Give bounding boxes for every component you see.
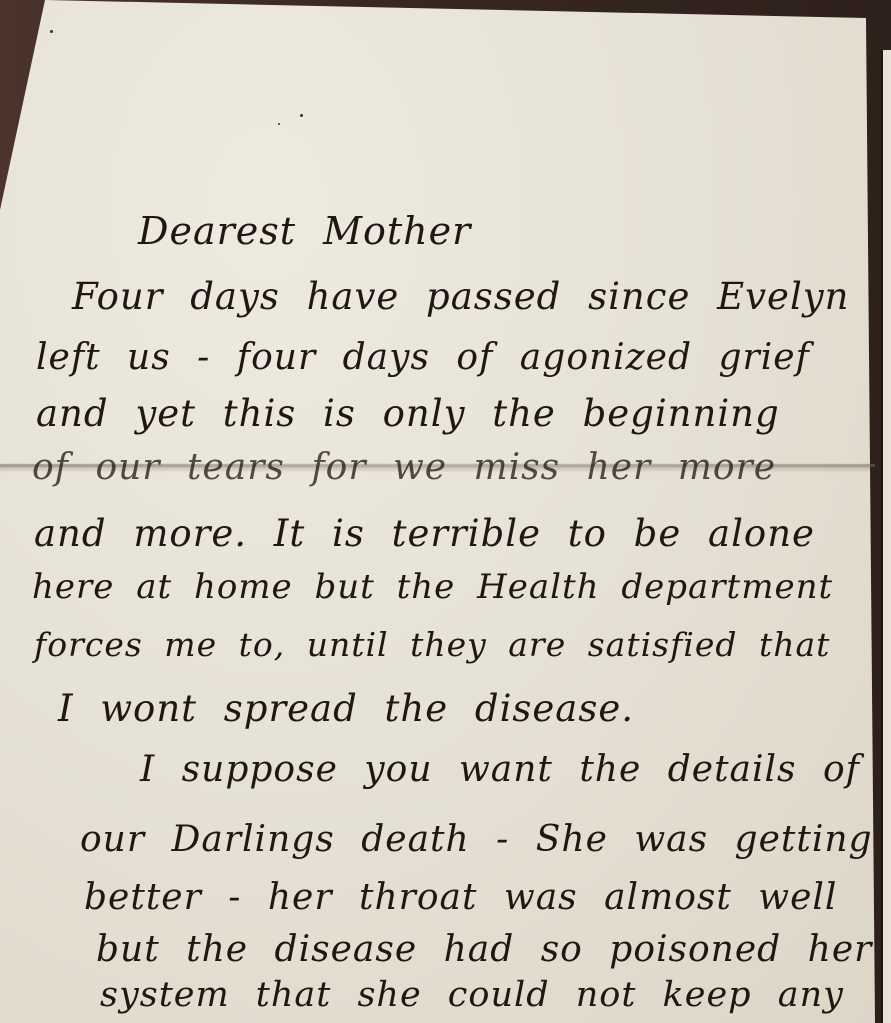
letter-line-5: and more. It is terrible to be alone <box>34 515 815 552</box>
letter-line-1: Four days have passed since Evelyn <box>72 278 850 315</box>
letter-line-12: but the disease had so poisoned her <box>96 932 872 968</box>
letter-line-9: I suppose you want the details of <box>140 752 860 788</box>
letter-body: Dearest Mother Four days have passed sin… <box>0 0 880 1023</box>
letter-line-13: system that she could not keep any <box>100 978 844 1013</box>
letter-line-11: better - her throat was almost well <box>84 880 837 916</box>
letter-line-10: our Darlings death - She was getting <box>80 822 873 858</box>
letter-line-4: of our tears for we miss her more <box>32 450 776 486</box>
letter-greeting: Dearest Mother <box>138 212 471 250</box>
letter-line-8: I wont spread the disease. <box>58 690 634 727</box>
letter-line-2: left us - four days of agonized grief <box>36 340 810 376</box>
letter-line-6: here at home but the Health department <box>32 570 833 604</box>
second-sheet-edge <box>881 50 891 1023</box>
letter-line-7: forces me to, until they are satisfied t… <box>34 628 830 661</box>
letter-line-3: and yet this is only the beginning <box>36 395 780 432</box>
